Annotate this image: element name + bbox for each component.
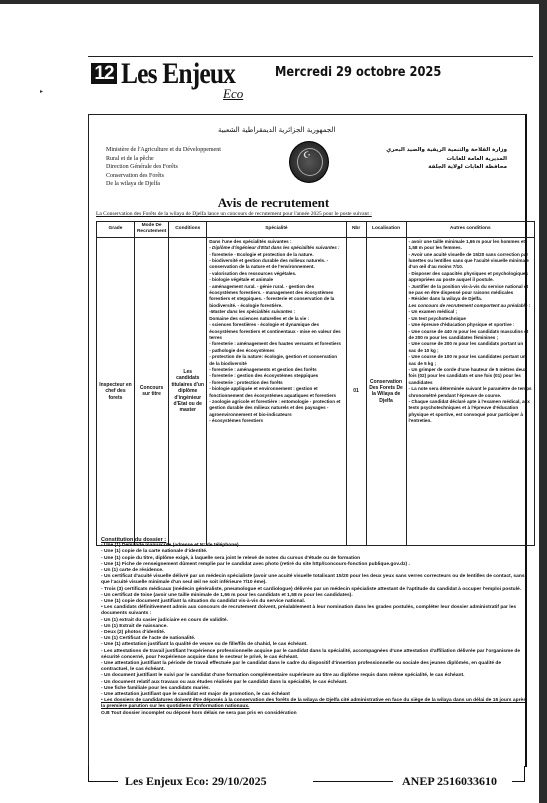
list-item: - Une course de 100 m pour les candidate… xyxy=(409,354,532,367)
header-conditions: Conditions xyxy=(169,222,207,238)
ministry-line-ar: المديرية العامة للغابات xyxy=(386,155,507,164)
list-item: - aménagement rural. - génie rural. - ge… xyxy=(209,284,343,310)
footer-rule xyxy=(313,781,393,782)
notice-intro: La Conservation des Forêts de la wilaya … xyxy=(96,211,372,217)
footer: Les Enjeux Eco: 29/10/2025 ANEP 25160336… xyxy=(80,772,525,800)
national-emblem-icon: ☪ xyxy=(289,141,329,183)
list-item: - Un document justifiant le suivi par le… xyxy=(101,673,526,679)
header-mode: Mode De Recrutement xyxy=(134,222,168,238)
scan-artifact: ▸ xyxy=(40,88,43,95)
list-item: - La note sera déterminée suivant le par… xyxy=(409,386,532,399)
header-grade: Grade xyxy=(97,222,135,238)
list-item: - Diplôme d'ingénieur d'Etat dans les sp… xyxy=(209,245,343,251)
list-item: - biodiversité et gestion durable des mi… xyxy=(209,258,343,271)
footer-publication: Les Enjeux Eco: 29/10/2025 xyxy=(125,774,267,789)
table-row: Inspecteur en chef des forets Concours s… xyxy=(97,237,535,545)
list-item: - protection de la nature: écologie, ges… xyxy=(209,354,343,367)
ministry-block-ar: وزارة الفلاحة والتنمية الريفية والصيد ال… xyxy=(386,146,507,172)
dossier-section: Constitution du dossier : - Une (1) Dema… xyxy=(101,537,526,717)
list-item: - Chaque candidat déclaré apte à l'exame… xyxy=(409,399,532,425)
footer-rule xyxy=(524,766,525,782)
recruitment-table: Grade Mode De Recrutement Conditions Spé… xyxy=(96,221,535,546)
list-item: - Disposer des capacités physiques et ps… xyxy=(409,271,532,284)
list-item: - biologie appliquée et environnement : … xyxy=(209,386,343,399)
footer-anep-ref: ANEP 2516033610 xyxy=(402,774,497,789)
list-item: - Une attestation justifiant la période … xyxy=(101,661,526,673)
ministry-line: Ministère de l'Agriculture et du Dévelop… xyxy=(106,146,221,155)
notice-title: Avis de recrutement xyxy=(0,195,547,211)
list-item: - Un grimper de corde d'une hauteur de 5… xyxy=(409,367,532,386)
crescent-star-icon: ☪ xyxy=(303,150,311,161)
list-item: - Avoir une acuité visuelle de 15/20 san… xyxy=(409,252,532,271)
ministry-line: Conservation des Forêts xyxy=(106,172,221,181)
list-item: - foresterie : aménagement des hautes ve… xyxy=(209,341,343,354)
list-item: - Une course de 200 m pour les candidats… xyxy=(409,341,532,354)
list-item: - Trois (3) certificats médicaux (médeci… xyxy=(101,587,526,593)
cell-localisation: Conservation Des Forets De la Wilaya de … xyxy=(366,237,406,545)
page-number: 12 xyxy=(91,63,117,84)
ministry-line: Rural et de la pêche xyxy=(106,155,221,164)
list-item: - zoologie agricole et forestière : ento… xyxy=(209,399,343,418)
viewer-scrollbar[interactable] xyxy=(539,0,547,803)
list-item: - Une course de 440 m pour les candidats… xyxy=(409,329,532,342)
republic-header-ar: الجمهورية الجزائرية الديمقراطية الشعبية xyxy=(218,126,335,134)
header-localisation: Localisation xyxy=(366,222,406,238)
cell-specialite: Dans l'une des spécialités suivantes :- … xyxy=(207,237,346,545)
list-item: - avoir une taille minimale 1,66 m pour … xyxy=(409,239,532,252)
list-item: - écosystèmes forestiers xyxy=(209,418,343,424)
list-item: - Justifier de la position vis-à-vis du … xyxy=(409,284,532,297)
ministry-line-ar: محافظة الغابات لولاية الجلفة xyxy=(386,163,507,172)
viewer-top-bar xyxy=(0,0,547,4)
ministry-line: Direction Générale des Forêts xyxy=(106,163,221,172)
footer-rule xyxy=(88,781,118,782)
cell-autres-conditions: - avoir une taille minimale 1,66 m pour … xyxy=(406,237,534,545)
cell-grade: Inspecteur en chef des forets xyxy=(97,237,135,545)
issue-date: Mercredi 29 octobre 2025 xyxy=(275,65,441,80)
cell-mode: Concours sur titre xyxy=(134,237,168,545)
cell-nbr: 01 xyxy=(346,237,366,545)
list-item: • Les candidats définitivement admis aux… xyxy=(101,605,526,617)
list-item: - Un certificat d'acuité visuelle délivr… xyxy=(101,574,526,586)
list-item: - Les attestations de travail justifiant… xyxy=(101,649,526,661)
list-item: O.B Tout dossier incomplet ou déposé hor… xyxy=(101,711,526,717)
newspaper-brand-sub: Eco xyxy=(223,86,243,102)
ministry-line-ar: وزارة الفلاحة والتنمية الريفية والصيد ال… xyxy=(386,146,507,155)
dossier-list: - Une (1) Demande manuscrite (adresse et… xyxy=(101,543,526,717)
list-item: • Les dossiers de candidatures doivent ê… xyxy=(101,698,526,710)
list-item: - Une épreuve d'éducation physique et sp… xyxy=(409,322,532,328)
footer-rule xyxy=(512,781,524,782)
footer-rule xyxy=(88,766,89,781)
ministry-block-fr: Ministère de l'Agriculture et du Dévelop… xyxy=(106,146,221,189)
header-specialite: Spécialité xyxy=(207,222,346,238)
newspaper-brand: Les Enjeux xyxy=(121,57,235,91)
cell-conditions: Les candidats titulaires d'un diplôme d'… xyxy=(169,237,207,545)
header-nbr: Nbr xyxy=(346,222,366,238)
list-item: - sciences forestières - écologie et dyn… xyxy=(209,322,343,341)
ministry-line: De la wilaya de Djelfa xyxy=(106,180,221,189)
table-header-row: Grade Mode De Recrutement Conditions Spé… xyxy=(97,222,535,238)
header-autres: Autres conditions xyxy=(406,222,534,238)
